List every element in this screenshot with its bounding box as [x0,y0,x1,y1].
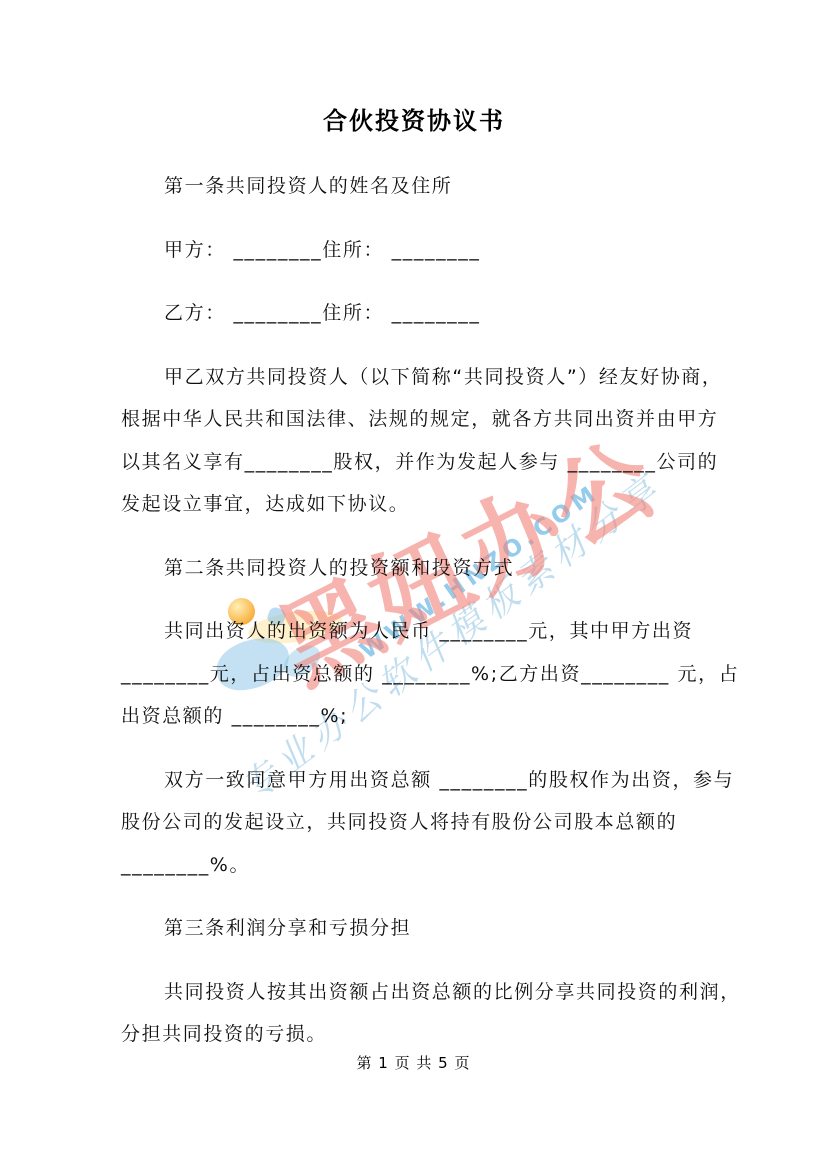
document-body: 合伙投资协议书 第一条共同投资人的姓名及住所 甲方： ________住所： _… [0,0,707,1056]
party-a-blank-line: 甲方： ________住所： ________ [121,229,707,272]
clause-3-para-line-1: 共同投资人按其出资额占出资总额的比例分享共同投资的利润， [121,971,707,1014]
clause-3-heading: 第三条利润分享和亏损分担 [121,907,707,950]
document-title: 合伙投资协议书 [121,101,707,142]
document-page: 专业办公软件模板素材分享 WWW.HNZO.COM 黑妞办公 合伙投资协议书 第… [0,0,827,1169]
clause-2-para-1-line-1: 共同出资人的出资额为人民币 ________元，其中甲方出资 [121,610,707,653]
party-b-blank-line: 乙方： ________住所： ________ [121,292,707,335]
clause-2-para-2-line-2: 股份公司的发起设立，共同投资人将持有股份公司股本总额的 [121,801,707,844]
preamble-line-3: 以其名义享有________股权，并作为发起人参与 ________公司的 [121,441,707,484]
clause-2-para-1-line-3: 出资总额的 ________%; [121,695,707,738]
clause-2-para-2-line-3: ________%。 [121,844,707,887]
preamble-line-1: 甲乙双方共同投资人（以下简称“共同投资人”）经友好协商， [121,356,707,399]
preamble-line-2: 根据中华人民共和国法律、法规的规定，就各方共同出资并由甲方 [121,398,707,441]
preamble-line-4: 发起设立事宜，达成如下协议。 [121,483,707,526]
clause-1-heading: 第一条共同投资人的姓名及住所 [121,165,707,208]
clause-2-heading: 第二条共同投资人的投资额和投资方式 [121,547,707,590]
page-number-footer: 第 1 页 共 5 页 [0,1053,827,1073]
clause-3-para-line-2: 分担共同投资的亏损。 [121,1013,707,1056]
clause-2-para-2-line-1: 双方一致同意甲方用出资总额 ________的股权作为出资，参与 [121,759,707,802]
clause-2-para-1-line-2: ________元，占出资总额的 ________%;乙方出资________ … [121,653,707,696]
